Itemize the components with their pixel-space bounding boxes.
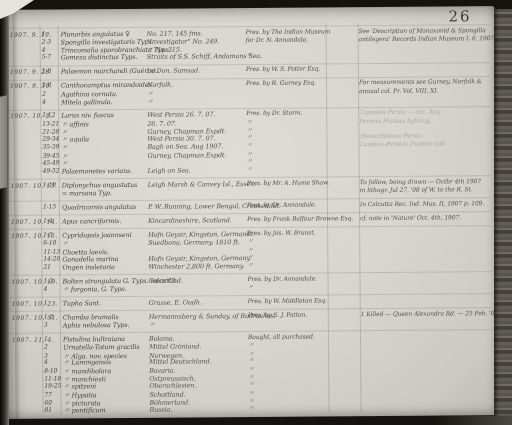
entry-date: 1907. 10. 23. (12, 300, 59, 308)
locality: Russia. (150, 405, 173, 413)
remark: (Beloochistan) Persia. (359, 133, 423, 142)
remark: annual col. Pr. Vol. VIII, XI. (359, 87, 438, 96)
locality: Mittel Grönland. (149, 342, 201, 350)
remark: Persian Plateau lighting. (359, 117, 431, 126)
register-entries: 1907. 9. 19.1Planorbis angulatus ♀No. 21… (4, 6, 494, 10)
specimen-number: 14-20 (43, 255, 60, 263)
specimen-number: 4 (44, 286, 48, 294)
locality: No. 217, 145 fms. (147, 29, 203, 37)
specimen-name: 〃 (61, 144, 67, 152)
specimen-name: 〃 aquila (61, 135, 89, 143)
ledger-photo: 26 1907. 9. 19.1Planorbis angulatus ♀No.… (0, 0, 512, 425)
locality: 26. 7. 07. (147, 119, 177, 127)
locality: Bolama. (149, 334, 175, 342)
donor: 〃 (248, 284, 254, 292)
left-page-edge (0, 95, 7, 188)
donor: 〃 (249, 405, 255, 413)
donor: Pres. by Frank Balfour Browne Esq. (247, 215, 353, 224)
locality: Leigh Marsh & Canvey Isl., Essex. (148, 180, 256, 189)
specimen-name: 〃 (62, 240, 68, 248)
specimen-name: Mitela gallinula. (61, 98, 112, 106)
locality: Hofn Geysir, Kingston, Germania. (148, 230, 254, 239)
locality: 〃 (149, 321, 155, 329)
specimen-number: 2 (42, 90, 46, 98)
locality: Bavaria. (149, 366, 175, 374)
specimen-number: 1-2 (44, 277, 53, 285)
specimen-name: 〃 affinis (61, 120, 89, 128)
specimen-number: 2-3 (42, 38, 51, 46)
specimen-number: 21 (43, 264, 51, 272)
specimen-name: 〃 Hypatia (63, 391, 96, 399)
remark: For measurements see Gurney, Norfolk & (359, 79, 482, 88)
donor: 〃 (248, 342, 254, 350)
donor: Pres. by S. J. Patton. (248, 311, 307, 319)
donor: Pres. by The Indian Museum (246, 28, 331, 37)
specimen-number: 45-49 (43, 159, 60, 167)
donor: Pres. by W. Middleton Esq. (248, 297, 327, 306)
specimen-name: Palaemon marchandi (Guérin). (61, 67, 158, 76)
specimen-number: 77 (44, 391, 52, 399)
locality: Leigh on Sea. (148, 167, 191, 175)
specimen-number: 4 (44, 359, 48, 367)
locality: Grasse, E. Oudh. (149, 298, 202, 306)
specimen-number: 29-34 (42, 136, 59, 144)
remark: In Calcutta Rec. Ind. Mus. II, 1907 p. 1… (360, 200, 484, 209)
specimen-name: Larus niv. fuscus (61, 111, 114, 119)
locality: 〃 (147, 98, 153, 106)
specimen-number: 1 (42, 30, 46, 38)
specimen-number: 8-10 (44, 367, 57, 375)
specimen-name: Fistulina bultraiana (63, 335, 125, 343)
donor: 〃 (248, 389, 254, 397)
donor: 〃 (246, 142, 252, 150)
specimen-name: Chamba brumalis (63, 313, 119, 321)
specimen-name: Diplonychus angustatus (62, 181, 138, 190)
remark: 1 Killed — Queen Alexandra Rd. — 25 Feb.… (361, 310, 500, 319)
specimen-number: 1-4 (43, 217, 52, 225)
specimen-number: 1-5 (43, 231, 52, 239)
donor: 〃 (247, 238, 253, 246)
donor: 〃 (248, 381, 254, 389)
specimen-name: Agathina cornuta. (61, 90, 118, 98)
remark: antilegera' Records Indian Museum I. 6, … (359, 35, 496, 44)
locality: Winchester 2,800 ft. Germany. (148, 262, 244, 271)
donor: Pres. by Dr. Annandale. (247, 201, 316, 210)
donor: 〃 (247, 254, 253, 262)
donor: 〃 (247, 166, 253, 174)
specimen-number: 1-8 (42, 68, 51, 76)
locality: Mittel Deutschland. (149, 358, 211, 366)
gutter-shadow (0, 0, 9, 425)
specimen-number: 3 (44, 322, 48, 330)
specimen-name: 〃 spitzeni (63, 382, 96, 390)
locality: Norfolk. (147, 81, 173, 89)
specimen-name: Apus cancriformis. (62, 217, 121, 225)
donor: for Dr. N. Annandale. (246, 36, 308, 44)
donor: Pres. by R. Gurney Esq. (246, 80, 316, 89)
specimen-name: Gomeza distinctus Typs. (61, 53, 138, 62)
specimen-name: Tupha Sant. (63, 299, 101, 307)
locality: Gurney, Chapman Expdt. (148, 151, 227, 160)
specimen-number: 49-52 (43, 168, 60, 176)
locality: "Investigator" No. 249. (147, 37, 220, 46)
remark: Caspian–Persian frontier coll. (359, 141, 446, 150)
specimen-name: Ongen insletoria (62, 263, 114, 271)
donor: 〃 (246, 52, 252, 60)
locality: Schottland. (149, 390, 185, 398)
specimen-number: 1 (44, 299, 48, 307)
remark: cf. note in 'Nature' Oct. 4th, 1907. (360, 214, 461, 223)
specimen-number: 35-39 (42, 144, 59, 152)
donor: Pres. by Jas. W. Brunst. (247, 229, 315, 238)
specimen-number: 2 (44, 344, 48, 352)
specimen-number: 1-2 (44, 313, 53, 321)
specimen-number: 1-10 (43, 181, 56, 189)
specimen-number: 5-7 (42, 54, 51, 62)
locality: Kincardineshire, Scotland. (148, 216, 232, 225)
specimen-name: Palaemonetes varians. (62, 167, 133, 176)
specimen-number: 1 (44, 335, 48, 343)
specimen-number: 1-12 (42, 112, 55, 120)
donor: 〃 (248, 366, 254, 374)
specimen-name: Canthocamptus mirandoides (61, 81, 152, 90)
locality: Oberschlesien. (149, 382, 196, 390)
specimen-number: 13-21 (42, 120, 59, 128)
specimen-number: 1-15 (43, 203, 56, 211)
specimen-name: Aphis nebulosa Typs. (63, 321, 130, 330)
specimen-name: Gonadella marina (62, 255, 118, 263)
specimen-name: = marsana Typ. (62, 189, 112, 197)
specimen-name: Planorbis angulatus ♀ (61, 29, 130, 38)
donor: 〃 (248, 357, 254, 365)
specimen-name: Urnatella-Totum gracilis (63, 343, 140, 352)
specimen-name: Cypridopsis joannseni (62, 231, 131, 240)
donor: Pres. by W. S. Potter Esq. (246, 66, 320, 75)
specimen-name: 〃 (62, 159, 68, 167)
specimen-name: 〃 forgonia, G. Typs. (63, 285, 127, 294)
page-number: 26 (448, 7, 471, 25)
fore-edge-pages (494, 9, 512, 416)
specimen-name: 〃 Lammgansis (63, 358, 111, 366)
specimen-name: Quadricornis angulatus (62, 203, 136, 212)
remark: Capsules Persia — acc. Aug. (359, 109, 442, 118)
locality: West Persia 30. 7. 07. (147, 134, 215, 143)
specimen-number: 1-8 (42, 82, 51, 90)
donor: 〃 (246, 134, 252, 142)
remark: in lithogr. Jul 27, '08 of W. to the R. … (360, 186, 473, 195)
donor: 〃 (247, 262, 253, 270)
specimen-number: 81 (45, 406, 53, 414)
locality: Calcutta. (148, 276, 177, 284)
locality: Suedbona, Germany, 1810 ft. (148, 238, 240, 247)
book-page: 26 1907. 9. 19.1Planorbis angulatus ♀No.… (4, 6, 497, 419)
donor: Bought, all purchased. (248, 333, 315, 342)
locality: Le Don, Samsad. (147, 67, 200, 75)
donor: Pres. by Dr. Annandale. (247, 275, 316, 284)
donor: Pres. by Dr. Storm. (246, 110, 302, 118)
donor: 〃 (247, 158, 253, 166)
donor: 〃 (246, 119, 252, 127)
locality: West Persia 26. 7. 07. (147, 111, 215, 120)
specimen-number: 19-25 (44, 383, 61, 391)
specimen-name: 〃 mandibolara (63, 367, 111, 375)
donor: Pres. by Mr. A. Hume Shaw. (247, 179, 329, 188)
specimen-number: 4 (42, 99, 46, 107)
table-edge-glint (432, 416, 512, 425)
specimen-name: Spongilla investigatoris Typs. (61, 38, 154, 47)
locality: Hofn Geysir, Kingston, Germany. (148, 254, 251, 263)
specimen-number: 6-10 (43, 240, 56, 248)
specimen-name: 〃 pontificum (64, 406, 106, 414)
locality: Bagh on Sea. Aug 1907. (147, 143, 223, 152)
locality: 〃 (147, 90, 153, 98)
